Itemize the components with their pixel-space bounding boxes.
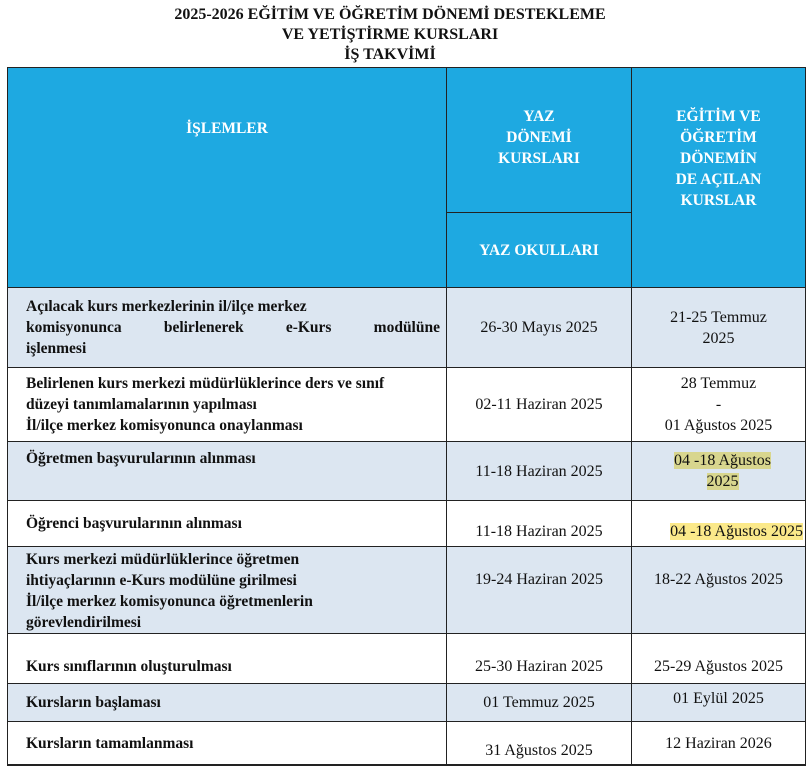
school-year-date-line: 12 Haziran 2026 (632, 733, 805, 754)
summer-date-cell: 01 Temmuz 2025 (447, 684, 632, 722)
table-row: Öğrenci başvurularının alınması11-18 Haz… (8, 501, 806, 547)
document-title: 2025-2026 EĞİTİM VE ÖĞRETİM DÖNEMİ DESTE… (0, 5, 780, 65)
header-summer-term: YAZ DÖNEMİ KURSLARI (447, 68, 632, 213)
operation-line: Belirlenen kurs merkezi müdürlüklerince … (26, 373, 440, 394)
operation-line: komisyonunca belirlenerek e-Kurs modülün… (26, 317, 440, 338)
school-year-date: - (716, 396, 721, 413)
header-summer-schools: YAZ OKULLARI (447, 213, 632, 288)
header-school-year-line: DE AÇILAN (632, 169, 805, 190)
school-year-date: 01 Eylül 2025 (673, 690, 764, 707)
operation-cell: Açılacak kurs merkezlerinin il/ilçe merk… (8, 288, 447, 368)
operation-cell: Kurs merkezi müdürlüklerince öğretmeniht… (8, 547, 447, 634)
summer-date: 01 Temmuz 2025 (447, 692, 631, 713)
summer-date: 25-30 Haziran 2025 (447, 656, 631, 677)
school-year-date-cell: 12 Haziran 2026 (632, 722, 806, 766)
operation-line: Öğretmen başvurularının alınması (26, 448, 440, 469)
summer-date: 31 Ağustos 2025 (447, 740, 631, 761)
school-year-date: 28 Temmuz (681, 375, 756, 392)
school-year-date: 01 Ağustos 2025 (665, 417, 773, 434)
school-year-date-line: 2025 (640, 471, 805, 492)
operation-cell: Kurs sınıflarının oluşturulması (8, 634, 447, 684)
summer-date: 19-24 Haziran 2025 (447, 569, 631, 590)
operation-cell: Belirlenen kurs merkezi müdürlüklerince … (8, 368, 447, 442)
operation-line: Öğrenci başvurularının alınması (26, 513, 440, 534)
header-summer-term-line: DÖNEMİ (447, 127, 631, 148)
operation-line: işlenmesi (26, 338, 440, 359)
operation-line: İl/ilçe merkez komisyonunca onaylanması (26, 415, 440, 436)
table-row: Belirlenen kurs merkezi müdürlüklerince … (8, 368, 806, 442)
table-row: Açılacak kurs merkezlerinin il/ilçe merk… (8, 288, 806, 368)
operation-cell: Kursların tamamlanması (8, 722, 447, 766)
school-year-date-cell: 04 -18 Ağustos2025 (632, 442, 806, 501)
summer-date-cell: 11-18 Haziran 2025 (447, 501, 632, 547)
page-bottom-rule (7, 764, 805, 765)
school-year-date-cell: 28 Temmuz-01 Ağustos 2025 (632, 368, 806, 442)
school-year-date: 18-22 Ağustos 2025 (654, 571, 783, 588)
operation-line: düzeyi tanımlamalarının yapılması (26, 394, 440, 415)
operation-line: Kurs merkezi müdürlüklerince öğretmen (26, 549, 440, 570)
header-school-year: EĞİTİM VE ÖĞRETİM DÖNEMİN DE AÇILAN KURS… (632, 68, 806, 288)
school-year-date: 21-25 Temmuz (670, 309, 767, 326)
summer-date: 02-11 Haziran 2025 (447, 394, 631, 415)
operation-line: Açılacak kurs merkezlerinin il/ilçe merk… (26, 296, 440, 317)
school-year-date-line: 18-22 Ağustos 2025 (632, 569, 805, 590)
summer-date-cell: 11-18 Haziran 2025 (447, 442, 632, 501)
summer-date: 26-30 Mayıs 2025 (447, 317, 631, 338)
title-line-1: 2025-2026 EĞİTİM VE ÖĞRETİM DÖNEMİ DESTE… (0, 5, 780, 25)
table-row: Öğretmen başvurularının alınması11-18 Ha… (8, 442, 806, 501)
highlighted-date: 04 -18 Ağustos 2025 (670, 523, 803, 540)
school-year-date-line: 01 Eylül 2025 (632, 688, 805, 709)
school-year-date-cell: 21-25 Temmuz2025 (632, 288, 806, 368)
operation-line: Kursların başlaması (26, 692, 440, 713)
table-row: Kurs sınıflarının oluşturulması25-30 Haz… (8, 634, 806, 684)
operation-line: görevlendirilmesi (26, 612, 440, 633)
school-year-date-line: 2025 (632, 328, 805, 349)
header-school-year-line: DÖNEMİN (632, 148, 805, 169)
header-summer-term-line: YAZ (447, 106, 631, 127)
operation-cell: Öğretmen başvurularının alınması (8, 442, 447, 501)
summer-date-cell: 25-30 Haziran 2025 (447, 634, 632, 684)
school-year-date-line: - (632, 394, 805, 415)
operation-line: İl/ilçe merkez komisyonunca öğretmenleri… (26, 591, 440, 612)
summer-date: 11-18 Haziran 2025 (447, 461, 631, 482)
summer-date-cell: 26-30 Mayıs 2025 (447, 288, 632, 368)
school-year-date: 12 Haziran 2026 (665, 735, 772, 752)
operation-line: Kursların tamamlanması (26, 733, 440, 754)
header-school-year-line: KURSLAR (632, 190, 805, 211)
table-row: Kursların tamamlanması31 Ağustos 202512 … (8, 722, 806, 766)
school-year-date-line: 04 -18 Ağustos (640, 450, 805, 471)
school-year-date-line: 28 Temmuz (632, 373, 805, 394)
highlighted-date: 2025 (707, 473, 739, 490)
title-line-2: VE YETİŞTİRME KURSLARI (0, 25, 780, 45)
header-school-year-line: ÖĞRETİM (632, 127, 805, 148)
school-year-date: 2025 (703, 330, 735, 347)
school-year-date-cell: 01 Eylül 2025 (632, 684, 806, 722)
summer-date: 11-18 Haziran 2025 (447, 521, 631, 542)
school-year-date: 25-29 Ağustos 2025 (654, 658, 783, 675)
operation-line: Kurs sınıflarının oluşturulması (26, 656, 440, 677)
school-year-date-cell: 04 -18 Ağustos 2025 (632, 501, 806, 547)
header-school-year-line: EĞİTİM VE (632, 106, 805, 127)
schedule-body: Açılacak kurs merkezlerinin il/ilçe merk… (8, 288, 806, 766)
school-year-date-line: 25-29 Ağustos 2025 (632, 656, 805, 677)
header-operations: İŞLEMLER (8, 68, 447, 288)
school-year-date-line: 01 Ağustos 2025 (632, 415, 805, 436)
school-year-date-cell: 18-22 Ağustos 2025 (632, 547, 806, 634)
operation-cell: Öğrenci başvurularının alınması (8, 501, 447, 547)
summer-date-cell: 31 Ağustos 2025 (447, 722, 632, 766)
operation-line: ihtiyaçlarının e-Kurs modülüne girilmesi (26, 570, 440, 591)
header-summer-term-line: KURSLARI (447, 148, 631, 169)
title-line-3: İŞ TAKVİMİ (0, 45, 780, 65)
table-row: Kursların başlaması01 Temmuz 202501 Eylü… (8, 684, 806, 722)
summer-date-cell: 02-11 Haziran 2025 (447, 368, 632, 442)
school-year-date-cell: 25-29 Ağustos 2025 (632, 634, 806, 684)
highlighted-date: 04 -18 Ağustos (674, 452, 771, 469)
summer-date-cell: 19-24 Haziran 2025 (447, 547, 632, 634)
school-year-date-line: 21-25 Temmuz (632, 307, 805, 328)
school-year-date-line: 04 -18 Ağustos 2025 (632, 521, 803, 542)
table-row: Kurs merkezi müdürlüklerince öğretmeniht… (8, 547, 806, 634)
operation-cell: Kursların başlaması (8, 684, 447, 722)
schedule-table: İŞLEMLER YAZ DÖNEMİ KURSLARI EĞİTİM VE Ö… (7, 67, 806, 766)
